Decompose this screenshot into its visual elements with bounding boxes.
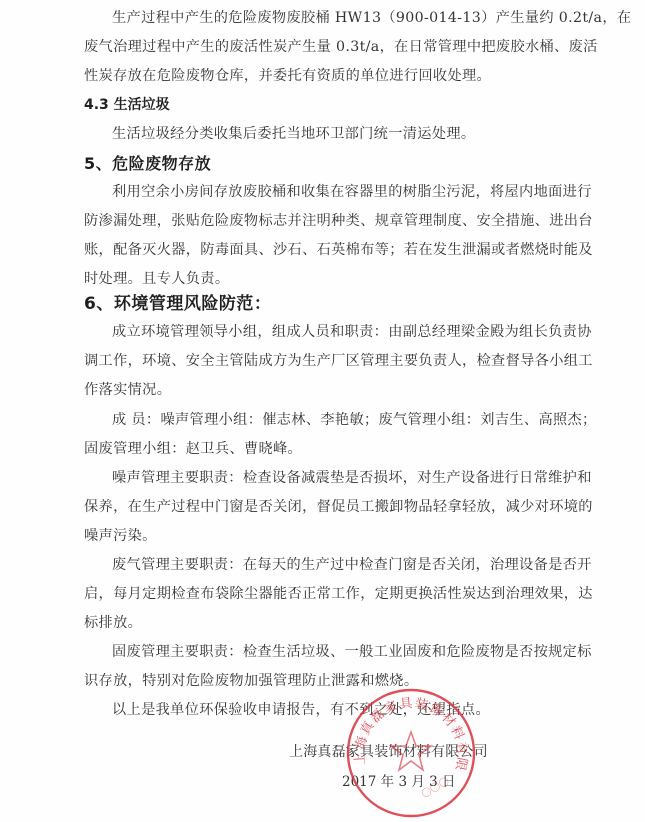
paragraph-line: 作落实情况。 <box>84 379 171 399</box>
document-page: 生产过程中产生的危险废物废胶桶 HW13（900-014-13）产生量约 0.2… <box>0 0 645 822</box>
paragraph-line: 调工作，环境、安全主管陆成方为生产厂区管理主要负责人，检查督导各小组工 <box>84 350 593 370</box>
section-heading-4-3: 4.3 生活垃圾 <box>84 94 170 114</box>
paragraph-line: 成立环境管理领导小组，组成人员和职责：由副总经理梁金殿为组长负责协 <box>112 321 592 341</box>
paragraph-line: 生活垃圾经分类收集后委托当地环卫部门统一清运处理。 <box>112 123 475 143</box>
svg-text:上海真磊家具装饰材料有限公司: 上海真磊家具装饰材料有限公司 <box>344 686 469 773</box>
paragraph-line: 噪声污染。 <box>84 525 157 545</box>
paragraph-line: 噪声管理主要职责：检查设备减震垫是否损坏，对生产设备进行日常维护和 <box>112 467 592 487</box>
paragraph-line: 废气治理过程中产生的废活性炭产生量 0.3t/a，在日常管理中把废胶水桶、废活 <box>84 36 598 56</box>
paragraph-line: 保养，在生产过程中门窗是否关闭，督促员工搬卸物品轻拿轻放，减少对环境的 <box>84 496 593 516</box>
company-seal-icon: 上海真磊家具装饰材料有限公司 〇〇〇 <box>344 686 478 820</box>
section-heading-6: 6、环境管理风险防范： <box>84 289 271 314</box>
paragraph-line: 利用空余小房间存放废胶桶和收集在容器里的树脂尘污泥，将屋内地面进行 <box>112 181 592 201</box>
paragraph-line: 防渗漏处理，张贴危险废物标志并注明种类、规章管理制度、安全措施、进出台 <box>84 210 593 230</box>
paragraph-line: 成 员：噪声管理小组：催志林、李艳敏；废气管理小组：刘吉生、高照杰； <box>112 409 597 429</box>
svg-text:〇〇〇: 〇〇〇 <box>420 775 452 800</box>
paragraph-line: 时处理。且专人负责。 <box>84 268 229 288</box>
paragraph-line: 启，每月定期检查布袋除尘器能否正常工作，定期更换活性炭达到治理效果，达 <box>84 583 593 603</box>
paragraph-line: 性炭存放在危险废物仓库，并委托有资质的单位进行回收处理。 <box>84 65 491 85</box>
paragraph-line: 标排放。 <box>84 612 142 632</box>
paragraph-line: 废气管理主要职责：在每天的生产过中检查门窗是否关闭，治理设备是否开 <box>112 554 592 574</box>
paragraph-line: 固废管理主要职责：检查生活垃圾、一般工业固废和危险废物是否按规定标 <box>112 641 592 661</box>
paragraph-line: 账，配备灭火器，防毒面具、沙石、石英棉布等；若在发生泄漏或者燃烧时能及 <box>84 239 593 259</box>
paragraph-line: 固废管理小组：赵卫兵、曹晓峰。 <box>84 438 302 458</box>
section-heading-5: 5、危险废物存放 <box>84 151 211 174</box>
paragraph-line: 生产过程中产生的危险废物废胶桶 HW13（900-014-13）产生量约 0.2… <box>112 7 631 27</box>
